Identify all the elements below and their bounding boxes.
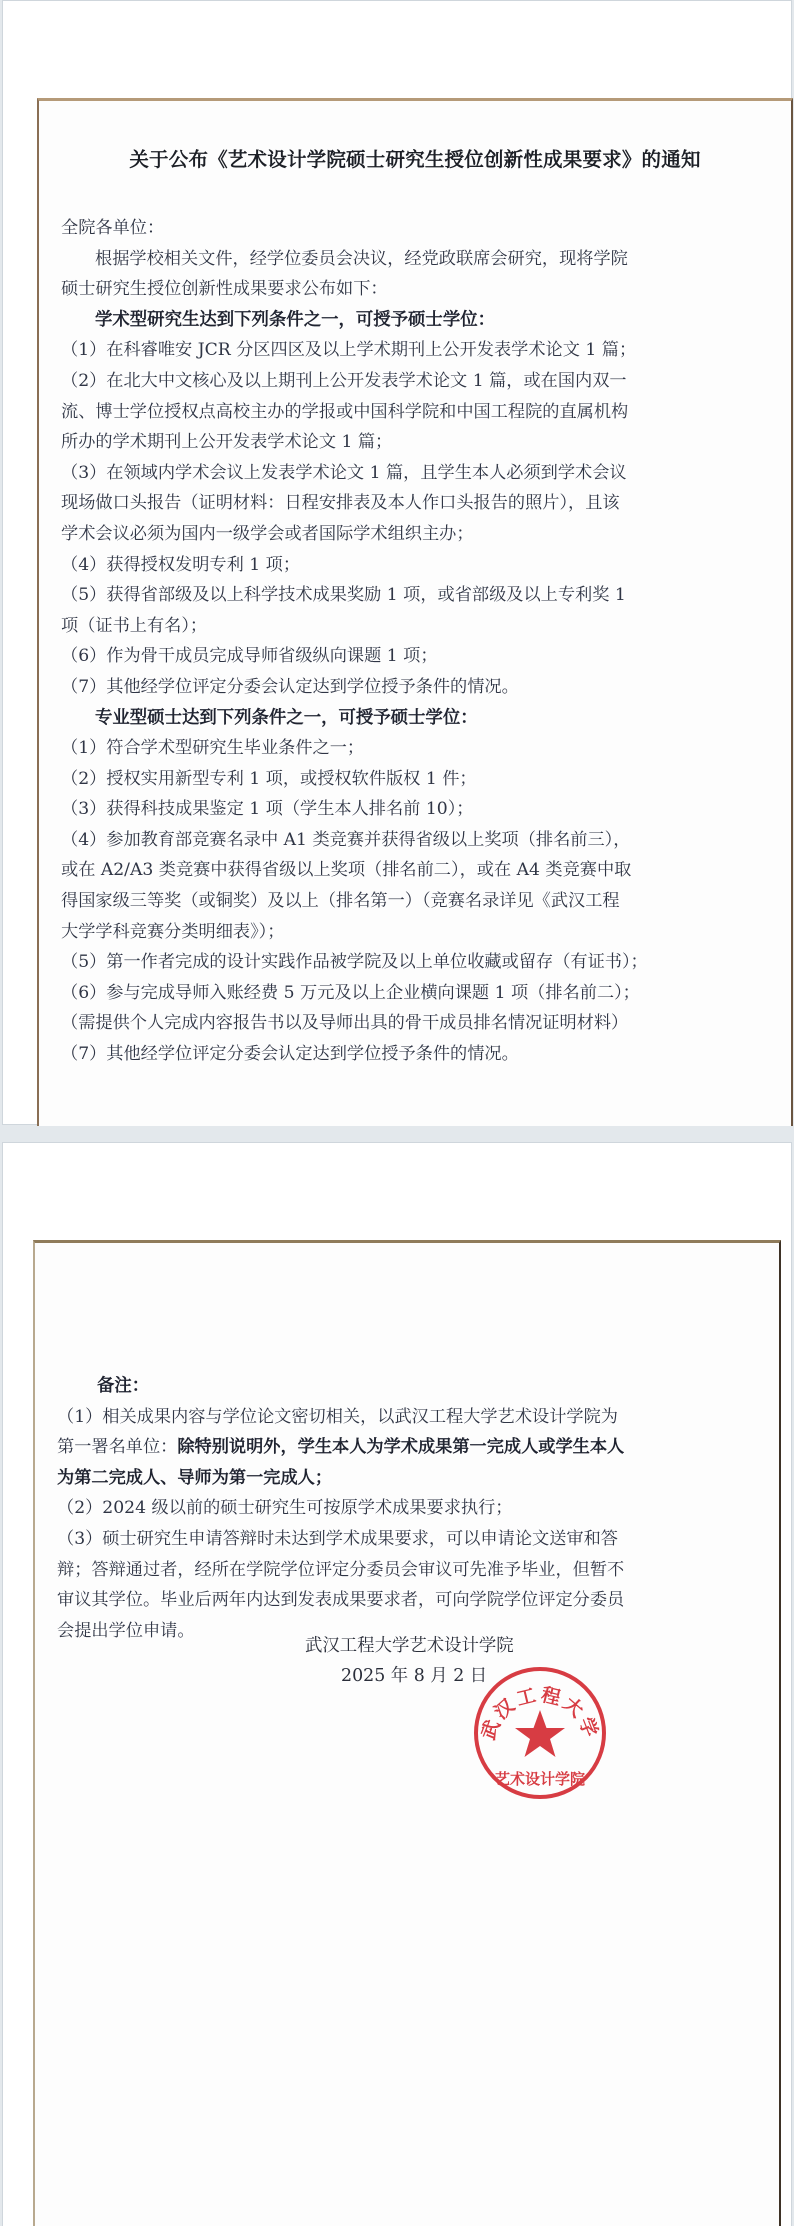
remarks-body: 备注： （1）相关成果内容与学位论文密切相关，以武汉工程大学艺术设计学院为 第一…	[57, 1371, 759, 1646]
remark-3-line: （3）硕士研究生申请答辩时未达到学术成果要求，可以申请论文送审和答	[57, 1524, 759, 1555]
remark-3-line: 辩；答辩通过者，经所在学院学位评定分委员会审议可先准予毕业，但暂不	[57, 1555, 759, 1586]
notice-title: 关于公布《艺术设计学院硕士研究生授位创新性成果要求》的通知	[39, 144, 791, 172]
academic-heading: 学术型研究生达到下列条件之一，可授予硕士学位：	[61, 305, 771, 336]
professional-item-line: 或在 A2/A3 类竞赛中获得省级以上奖项（排名前二），或在 A4 类竞赛中取	[61, 855, 771, 886]
salutation: 全院各单位：	[61, 213, 771, 244]
professional-item-line: 得国家级三等奖（或铜奖）及以上（排名第一）（竞赛名录详见《武汉工程	[61, 886, 771, 917]
professional-item-line: （3）获得科技成果鉴定 1 项（学生本人排名前 10）；	[61, 794, 771, 825]
scanned-notice-page-1: 关于公布《艺术设计学院硕士研究生授位创新性成果要求》的通知 全院各单位： 根据学…	[37, 98, 793, 1126]
academic-item-line: （2）在北大中文核心及以上期刊上公开发表学术论文 1 篇，或在国内双一	[61, 366, 771, 397]
academic-item-line: 流、博士学位授权点高校主办的学报或中国科学院和中国工程院的直属机构	[61, 397, 771, 428]
professional-heading: 专业型硕士达到下列条件之一，可授予硕士学位：	[61, 703, 771, 734]
notice-body: 全院各单位： 根据学校相关文件，经学位委员会决议，经党政联席会研究，现将学院 硕…	[61, 213, 771, 1070]
professional-item-line: （2）授权实用新型专利 1 项，或授权软件版权 1 件；	[61, 764, 771, 795]
academic-item-line: （6）作为骨干成员完成导师省级纵向课题 1 项；	[61, 641, 771, 672]
document-page-1: 关于公布《艺术设计学院硕士研究生授位创新性成果要求》的通知 全院各单位： 根据学…	[2, 0, 792, 1125]
academic-item-line: 现场做口头报告（证明材料：日程安排表及本人作口头报告的照片），且该	[61, 488, 771, 519]
remark-1-plain: 第一署名单位：	[57, 1437, 177, 1457]
intro-line: 硕士研究生授位创新性成果要求公布如下：	[61, 274, 771, 305]
professional-item-line: （需提供个人完成内容报告书以及导师出具的骨干成员排名情况证明材料）	[61, 1008, 771, 1039]
remark-1-emphasis: 除特别说明外，学生本人为学术成果第一完成人或学生本人	[177, 1437, 624, 1457]
academic-item-line: 项（证书上有名）；	[61, 611, 771, 642]
academic-item-line: （7）其他经学位评定分委会认定达到学位授予条件的情况。	[61, 672, 771, 703]
academic-item-line: 所办的学术期刊上公开发表学术论文 1 篇；	[61, 427, 771, 458]
official-seal-icon: 武汉工程大学 艺术设计学院	[471, 1664, 609, 1802]
academic-item-line: （3）在领域内学术会议上发表学术论文 1 篇，且学生本人必须到学术会议	[61, 458, 771, 489]
remark-1-emphasis-line: 为第二完成人、导师为第一完成人；	[57, 1463, 759, 1494]
academic-item-line: （1）在科睿唯安 JCR 分区四区及以上学术期刊上公开发表学术论文 1 篇；	[61, 335, 771, 366]
professional-item-line: （5）第一作者完成的设计实践作品被学院及以上单位收藏或留存（有证书）；	[61, 947, 771, 978]
remark-1-line: （1）相关成果内容与学位论文密切相关，以武汉工程大学艺术设计学院为	[57, 1402, 759, 1433]
professional-item-line: （1）符合学术型研究生毕业条件之一；	[61, 733, 771, 764]
professional-item-line: （6）参与完成导师入账经费 5 万元及以上企业横向课题 1 项（排名前二）；	[61, 978, 771, 1009]
professional-item-line: （7）其他经学位评定分委会认定达到学位授予条件的情况。	[61, 1039, 771, 1070]
remarks-heading: 备注：	[57, 1371, 759, 1402]
document-page-2: 备注： （1）相关成果内容与学位论文密切相关，以武汉工程大学艺术设计学院为 第一…	[2, 1142, 792, 2226]
academic-item-line: （4）获得授权发明专利 1 项；	[61, 550, 771, 581]
remark-1-line: 第一署名单位：除特别说明外，学生本人为学术成果第一完成人或学生本人	[57, 1432, 759, 1463]
academic-item-line: 学术会议必须为国内一级学会或者国际学术组织主办；	[61, 519, 771, 550]
academic-item-line: （5）获得省部级及以上科学技术成果奖励 1 项，或省部级及以上专利奖 1	[61, 580, 771, 611]
professional-item-line: （4）参加教育部竞赛名录中 A1 类竞赛并获得省级以上奖项（排名前三），	[61, 825, 771, 856]
scanned-notice-page-2: 备注： （1）相关成果内容与学位论文密切相关，以武汉工程大学艺术设计学院为 第一…	[33, 1240, 781, 2226]
remark-2-line: （2）2024 级以前的硕士研究生可按原学术成果要求执行；	[57, 1493, 759, 1524]
professional-item-line: 大学学科竞赛分类明细表》）；	[61, 917, 771, 948]
signing-organization: 武汉工程大学艺术设计学院	[305, 1631, 514, 1661]
intro-line: 根据学校相关文件，经学位委员会决议，经党政联席会研究，现将学院	[61, 244, 771, 275]
svg-text:艺术设计学院: 艺术设计学院	[495, 1770, 585, 1788]
remark-3-line: 审议其学位。毕业后两年内达到发表成果要求者，可向学院学位评定分委员	[57, 1585, 759, 1616]
